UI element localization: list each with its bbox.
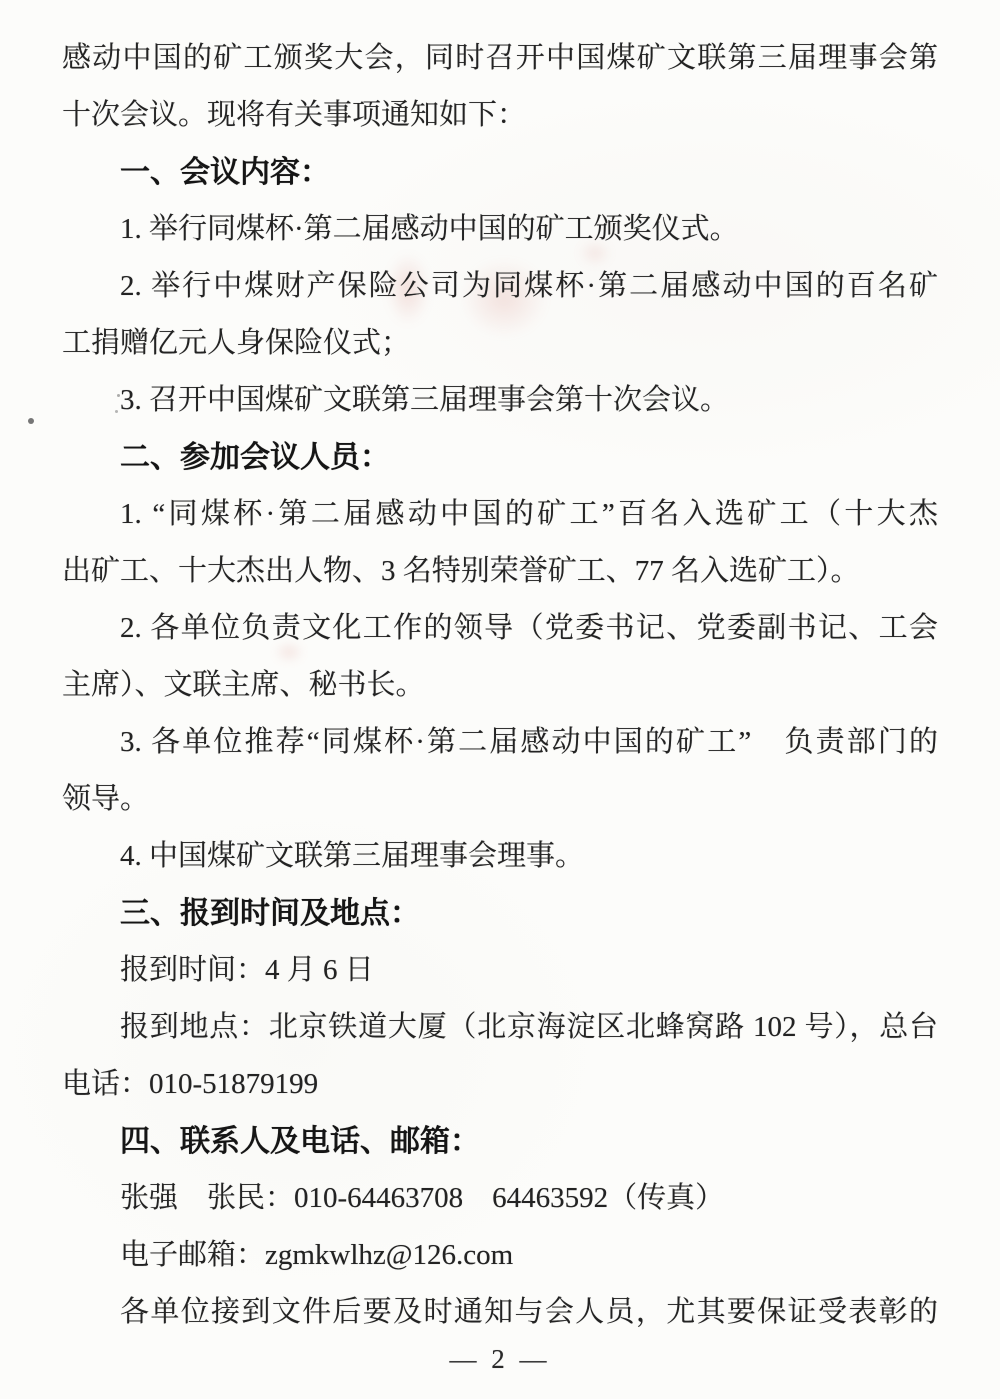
- text-line: 各单位接到文件后要及时通知与会人员，尤其要保证受表彰的: [62, 1284, 938, 1341]
- text-line: 感动中国的矿工颁奖大会，同时召开中国煤矿文联第三届理事会第: [62, 30, 938, 87]
- text-line: 出矿工、十大杰出人物、3 名特别荣誉矿工、77 名入选矿工）。: [62, 543, 938, 600]
- text-line: 2. 各单位负责文化工作的领导（党委书记、党委副书记、工会: [62, 600, 938, 657]
- section-heading: 二、参加会议人员：: [62, 429, 938, 486]
- text-line: 2. 举行中煤财产保险公司为同煤杯·第二届感动中国的百名矿: [62, 258, 938, 315]
- section-heading: 三、报到时间及地点：: [62, 885, 938, 942]
- section-heading: 四、联系人及电话、邮箱：: [62, 1113, 938, 1170]
- section-heading: 一、会议内容：: [62, 144, 938, 201]
- text-line: 报到地点：北京铁道大厦（北京海淀区北蜂窝路 102 号），总台: [62, 999, 938, 1056]
- text-line: 报到时间：4 月 6 日: [62, 942, 938, 999]
- text-line: 领导。: [62, 771, 938, 828]
- text-line: 工捐赠亿元人身保险仪式；: [62, 315, 938, 372]
- scanned-document-page: 感动中国的矿工颁奖大会，同时召开中国煤矿文联第三届理事会第十次会议。现将有关事项…: [0, 0, 1000, 1399]
- text-line: 1. 举行同煤杯·第二届感动中国的矿工颁奖仪式。: [62, 201, 938, 258]
- text-line: 十次会议。现将有关事项通知如下：: [62, 87, 938, 144]
- page-number: — 2 —: [0, 1344, 1000, 1375]
- text-line: 主席）、文联主席、秘书长。: [62, 657, 938, 714]
- text-line: 4. 中国煤矿文联第三届理事会理事。: [62, 828, 938, 885]
- document-body: 感动中国的矿工颁奖大会，同时召开中国煤矿文联第三届理事会第十次会议。现将有关事项…: [62, 30, 938, 1341]
- text-line: 电话：010-51879199: [62, 1056, 938, 1113]
- text-line: 3. 各单位推荐“同煤杯·第二届感动中国的矿工” 负责部门的: [62, 714, 938, 771]
- text-line: 3. 召开中国煤矿文联第三届理事会第十次会议。: [62, 372, 938, 429]
- text-line: 张强 张民：010-64463708 64463592（传真）: [62, 1170, 938, 1227]
- text-line: 1. “同煤杯·第二届感动中国的矿工”百名入选矿工（十大杰: [62, 486, 938, 543]
- scan-speck: [28, 418, 34, 424]
- text-line: 电子邮箱：zgmkwlhz@126.com: [62, 1227, 938, 1284]
